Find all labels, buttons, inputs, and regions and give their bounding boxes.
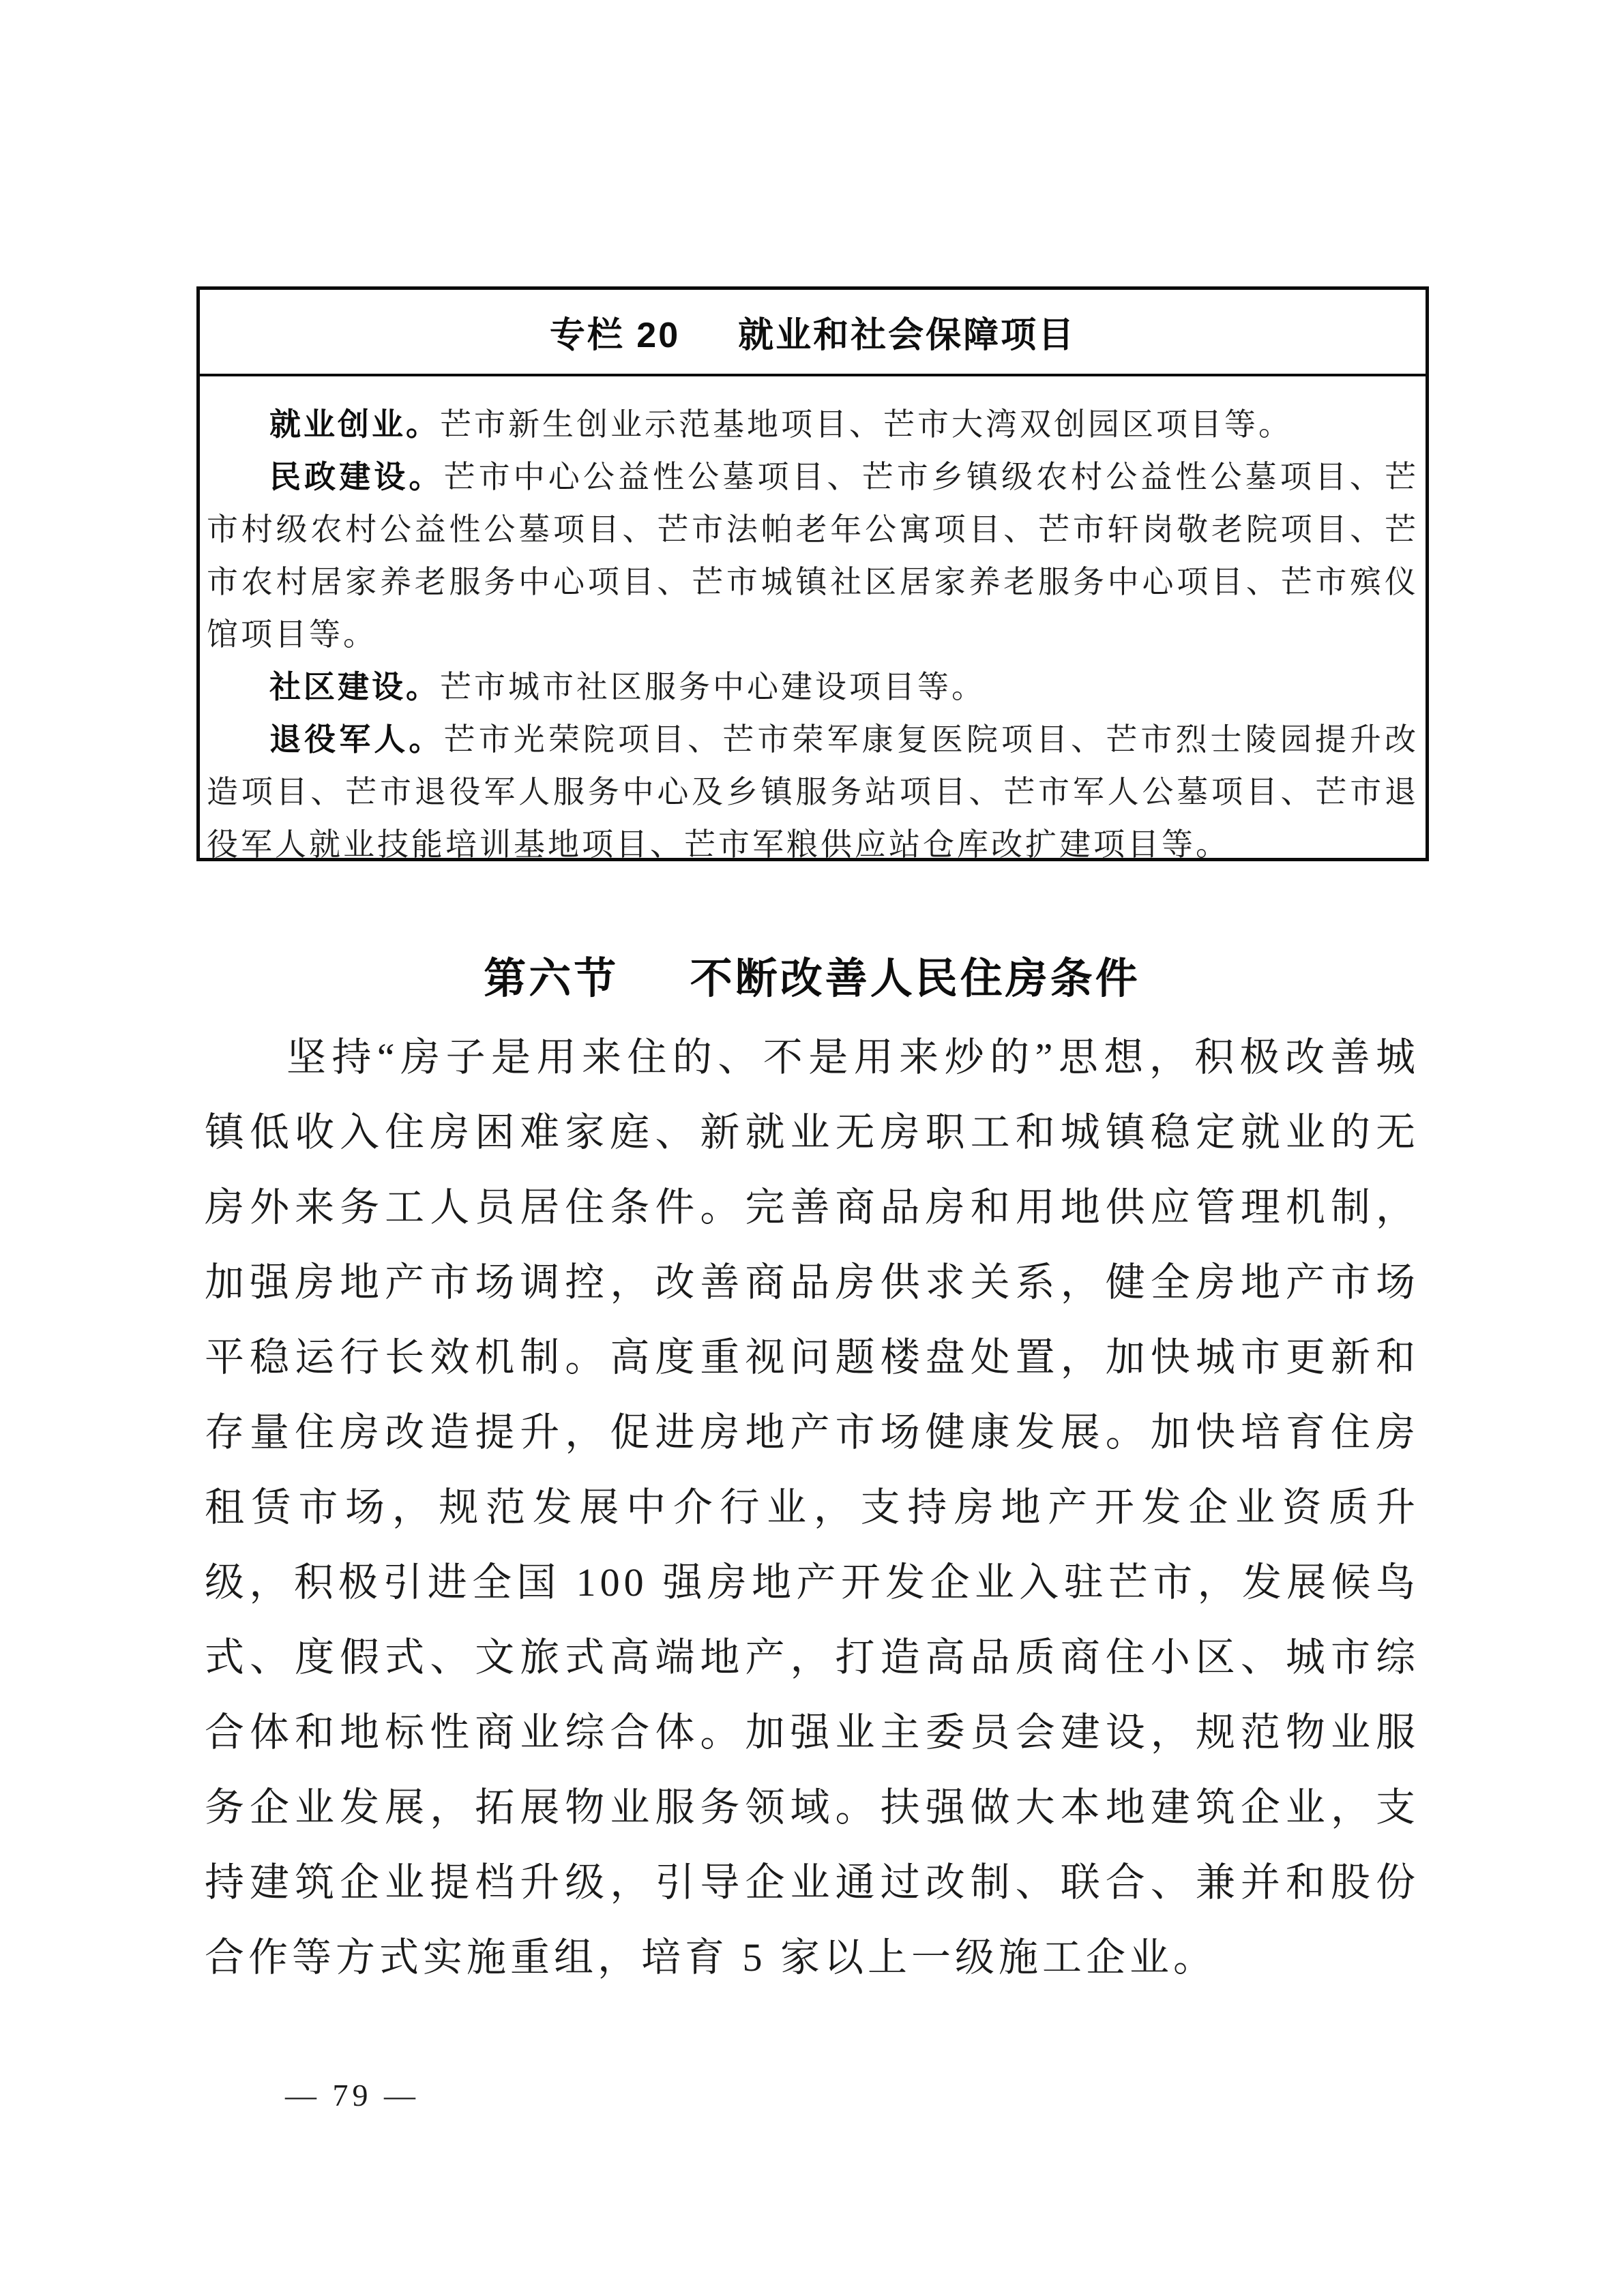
section-heading: 第六节 不断改善人民住房条件 (205, 948, 1419, 1011)
panel-paragraph-label: 退役军人。 (269, 722, 443, 757)
panel-paragraph-text: 芒市城市社区服务中心建设项目等。 (440, 670, 986, 704)
page-number: — 79 — (285, 2077, 419, 2113)
panel-paragraph-label: 社区建设。 (269, 670, 440, 704)
panel-paragraph: 社区建设。芒市城市社区服务中心建设项目等。 (207, 661, 1419, 713)
panel-paragraph: 民政建设。芒市中心公益性公墓项目、芒市乡镇级农村公益性公墓项目、芒市村级农村公益… (207, 451, 1419, 661)
special-column-box: 专栏 20 就业和社会保障项目 就业创业。芒市新生创业示范基地项目、芒市大湾双创… (196, 286, 1429, 861)
panel-paragraph-text: 芒市新生创业示范基地项目、芒市大湾双创园区项目等。 (440, 407, 1293, 442)
panel-paragraph-label: 民政建设。 (269, 460, 443, 494)
section-number: 第六节 (484, 955, 619, 1002)
panel-paragraph: 退役军人。芒市光荣院项目、芒市荣军康复医院项目、芒市烈士陵园提升改造项目、芒市退… (207, 713, 1419, 871)
panel-paragraph: 就业创业。芒市新生创业示范基地项目、芒市大湾双创园区项目等。 (207, 398, 1419, 451)
body-paragraph: 坚持“房子是用来住的、不是用来炒的”思想，积极改善城镇低收入住房困难家庭、新就业… (205, 1020, 1419, 1995)
panel-title-prefix: 专栏 20 (550, 306, 680, 357)
document-page: 专栏 20 就业和社会保障项目 就业创业。芒市新生创业示范基地项目、芒市大湾双创… (0, 0, 1624, 2296)
panel-paragraph-label: 就业创业。 (269, 407, 440, 442)
panel-body: 就业创业。芒市新生创业示范基地项目、芒市大湾双创园区项目等。 民政建设。芒市中心… (200, 376, 1426, 871)
panel-title: 专栏 20 就业和社会保障项目 (200, 290, 1426, 376)
section-title: 不断改善人民住房条件 (690, 955, 1140, 1002)
panel-title-main: 就业和社会保障项目 (738, 306, 1076, 357)
